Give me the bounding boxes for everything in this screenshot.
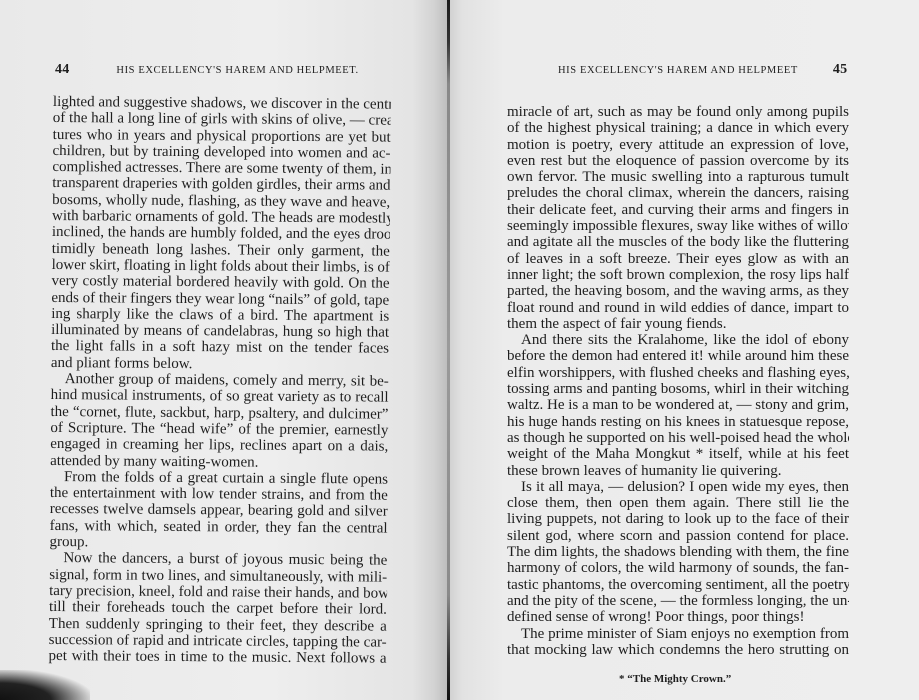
text-line: till their foreheads touch the carpet be… xyxy=(49,599,387,618)
text-line: motion is poetry, every attitude an expr… xyxy=(507,137,849,153)
text-line: them the aspect of fair young fiends. xyxy=(507,316,849,332)
text-line: before the demon had entered it! while a… xyxy=(507,348,849,364)
book-spread: 44 HIS EXCELLENCY'S HAREM AND HELPMEET. … xyxy=(0,0,919,700)
text-line: silent god, where scorn and passion cont… xyxy=(507,528,849,544)
left-page: 44 HIS EXCELLENCY'S HAREM AND HELPMEET. … xyxy=(0,0,448,700)
text-line: even rest but the eloquence of passion o… xyxy=(507,153,849,169)
running-head-title-left: HIS EXCELLENCY'S HAREM AND HELPMEET. xyxy=(116,65,358,76)
text-line: harmony of colors, the wild harmony of s… xyxy=(507,560,849,576)
text-line: parted, the heaving bosom, and the wavin… xyxy=(507,283,849,299)
text-line: own fervor. The music swelling into a ra… xyxy=(507,169,849,185)
text-line: fans, with which, seated in order, they … xyxy=(50,518,388,537)
text-line: preludes the choral climax, wherein the … xyxy=(507,185,849,201)
text-line: tastic phantoms, the overcoming sentimen… xyxy=(507,577,849,593)
text-line: that mocking law which condemns the hero… xyxy=(507,642,849,658)
text-line: And there sits the Kralahome, like the i… xyxy=(507,332,849,348)
text-line: elfin worshippers, with flushed cheeks a… xyxy=(507,365,849,381)
running-head-title-right: HIS EXCELLENCY'S HAREM AND HELPMEET xyxy=(558,65,798,76)
text-line: defined sense of wrong! Poor things, poo… xyxy=(507,609,849,625)
text-line: their delicate feet, and curving their a… xyxy=(507,202,849,218)
text-line: engaged in creaming her lips, reclines a… xyxy=(50,436,388,455)
text-line: these brown leaves of humanity lie quive… xyxy=(507,463,849,479)
text-line: miracle of art, such as may be found onl… xyxy=(507,104,849,120)
right-body-text: miracle of art, such as may be found onl… xyxy=(507,104,849,658)
text-line: The dim lights, the shadows blending wit… xyxy=(507,544,849,560)
text-line: as though he supported on his well-poise… xyxy=(507,430,849,446)
right-page: HIS EXCELLENCY'S HAREM AND HELPMEET 45 m… xyxy=(448,0,919,700)
text-line: close them, then open them again. There … xyxy=(507,495,849,511)
text-line: Is it all maya, — delusion? I open wide … xyxy=(507,479,849,495)
text-line: tossing arms and panting bosoms, whirl i… xyxy=(507,381,849,397)
text-line: seemingly impossible flexures, sway like… xyxy=(507,218,849,234)
right-running-head: HIS EXCELLENCY'S HAREM AND HELPMEET 45 xyxy=(558,62,847,78)
text-line: living puppets, not daring to look up to… xyxy=(507,511,849,527)
text-line: pet with their toes in time to the music… xyxy=(49,648,387,667)
text-line: of the highest physical training; a danc… xyxy=(507,120,849,136)
text-line: and agitate all the muscles of the body … xyxy=(507,234,849,250)
text-line: and the pity of the scene, — the formles… xyxy=(507,593,849,609)
footnote: * “The Mighty Crown.” xyxy=(619,673,731,685)
scan-corner-shadow xyxy=(0,670,90,700)
page-number-left: 44 xyxy=(55,62,69,78)
page-number-right: 45 xyxy=(833,62,847,78)
text-line: weight of the Maha Mongkut * itself, whi… xyxy=(507,446,849,462)
text-line: float round and round in wild eddies of … xyxy=(507,300,849,316)
text-line: his huge hands resting on his knees in s… xyxy=(507,414,849,430)
text-line: The prime minister of Siam enjoys no exe… xyxy=(507,626,849,642)
left-running-head: 44 HIS EXCELLENCY'S HAREM AND HELPMEET. xyxy=(55,62,359,78)
text-line: very costly material bordered heavily wi… xyxy=(51,273,389,292)
left-body-text: lighted and suggestive shadows, we disco… xyxy=(49,94,391,667)
text-line: of leaves in a soft breeze. Their eyes g… xyxy=(507,251,849,267)
book-gutter xyxy=(447,0,450,700)
text-line: waltz. He is a man to be wondered at, — … xyxy=(507,397,849,413)
text-line: inner light; the soft brown complexion, … xyxy=(507,267,849,283)
